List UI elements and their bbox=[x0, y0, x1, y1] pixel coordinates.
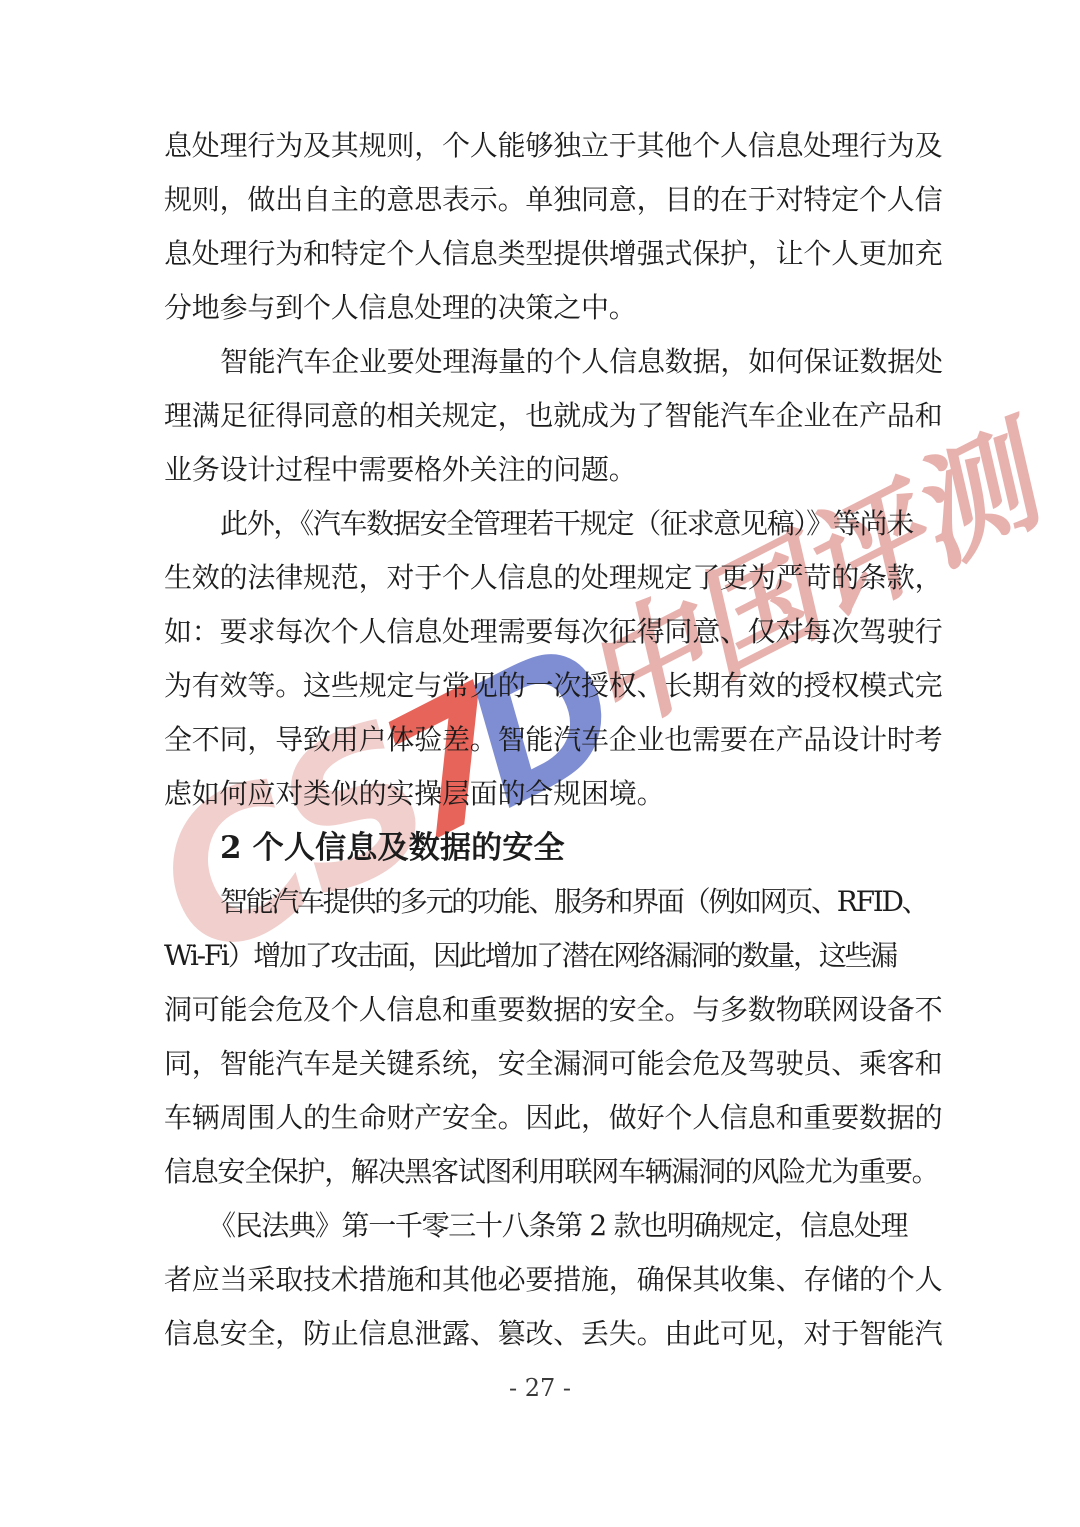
text-line: 车辆周围人的生命财产安全。因此，做好个人信息和重要数据的 bbox=[164, 1091, 954, 1145]
text-line: 信息安全，防止信息泄露、篡改、丢失。由此可见，对于智能汽 bbox=[164, 1307, 954, 1361]
text-line: 息处理行为及其规则，个人能够独立于其他个人信息处理行为及 bbox=[164, 119, 954, 173]
text-line: 息处理行为和特定个人信息类型提供增强式保护，让个人更加充 bbox=[164, 227, 954, 281]
text-line: 洞可能会危及个人信息和重要数据的安全。与多数物联网设备不 bbox=[164, 983, 954, 1037]
text-line: 全不同，导致用户体验差。智能汽车企业也需要在产品设计时考 bbox=[164, 713, 954, 767]
text-line: 理满足征得同意的相关规定，也就成为了智能汽车企业在产品和 bbox=[164, 389, 954, 443]
text-line: 者应当采取技术措施和其他必要措施，确保其收集、存储的个人 bbox=[164, 1253, 954, 1307]
text-line: 业务设计过程中需要格外关注的问题。 bbox=[164, 443, 954, 497]
text-line: 智能汽车提供的多元的功能、服务和界面（例如网页、RFID、 bbox=[164, 875, 954, 929]
text-line: 智能汽车企业要处理海量的个人信息数据，如何保证数据处 bbox=[164, 335, 954, 389]
text-line: 如：要求每次个人信息处理需要每次征得同意、仅对每次驾驶行 bbox=[164, 605, 954, 659]
text-line: 为有效等。这些规定与常见的一次授权、长期有效的授权模式完 bbox=[164, 659, 954, 713]
text-line: 分地参与到个人信息处理的决策之中。 bbox=[164, 281, 954, 335]
text-line: 生效的法律规范，对于个人信息的处理规定了更为严苛的条款， bbox=[164, 551, 954, 605]
page-number: - 27 - bbox=[0, 1374, 1080, 1402]
document-page: CS7D中国评测 息处理行为及其规则，个人能够独立于其他个人信息处理行为及规则，… bbox=[0, 0, 1080, 1527]
section-heading: 2 个人信息及数据的安全 bbox=[164, 821, 954, 875]
text-line: Wi-Fi）增加了攻击面，因此增加了潜在网络漏洞的数量，这些漏 bbox=[164, 929, 954, 983]
text-line: 《民法典》第一千零三十八条第 2 款也明确规定，信息处理 bbox=[164, 1199, 954, 1253]
text-line: 规则，做出自主的意思表示。单独同意，目的在于对特定个人信 bbox=[164, 173, 954, 227]
text-block: 息处理行为及其规则，个人能够独立于其他个人信息处理行为及规则，做出自主的意思表示… bbox=[164, 119, 954, 1361]
text-line: 信息安全保护，解决黑客试图利用联网车辆漏洞的风险尤为重要。 bbox=[164, 1145, 954, 1199]
text-line: 此外，《汽车数据安全管理若干规定（征求意见稿）》等尚未 bbox=[164, 497, 954, 551]
text-line: 同，智能汽车是关键系统，安全漏洞可能会危及驾驶员、乘客和 bbox=[164, 1037, 954, 1091]
text-line: 虑如何应对类似的实操层面的合规困境。 bbox=[164, 767, 954, 821]
